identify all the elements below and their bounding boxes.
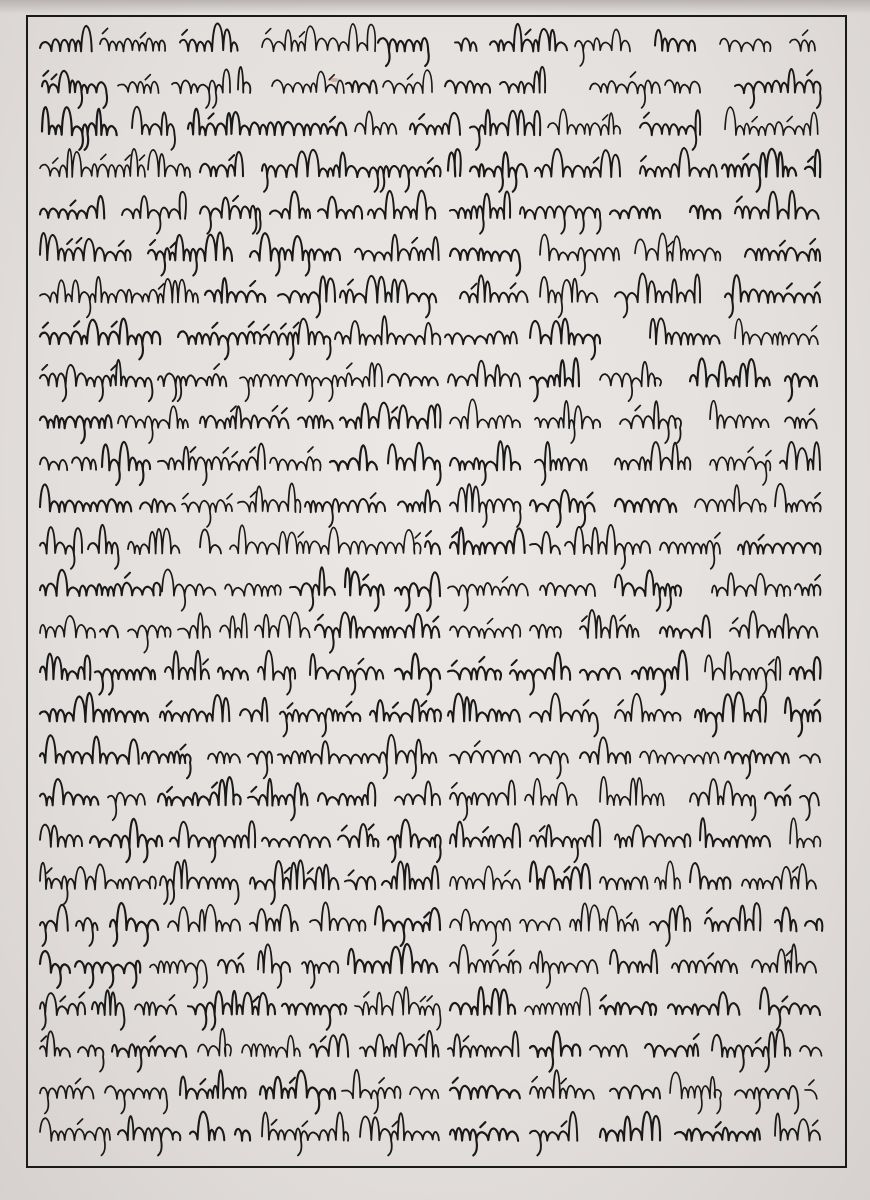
handwritten-word: [615, 570, 681, 610]
handwritten-word: [278, 276, 335, 317]
handwritten-word: [610, 950, 657, 973]
handwritten-word: [270, 447, 321, 470]
handwritten-word: [40, 1031, 70, 1057]
handwritten-word: [272, 71, 344, 93]
handwritten-word: [690, 863, 730, 889]
handwritten-word: [318, 783, 375, 806]
handwritten-word: [742, 864, 816, 889]
handwritten-word: [760, 988, 820, 1030]
handwritten-word: [262, 150, 441, 192]
handwritten-word: [340, 276, 436, 318]
handwritten-word: [535, 442, 586, 485]
handwritten-word: [220, 613, 247, 637]
handwritten-word: [650, 906, 690, 946]
handwritten-word: [752, 944, 816, 972]
handwritten-word: [382, 861, 438, 889]
handwritten-word: [590, 72, 660, 108]
handwritten-word: [182, 494, 232, 527]
handwritten-word: [600, 777, 664, 806]
handwritten-word: [262, 319, 331, 360]
handwritten-word: [340, 403, 440, 429]
handwritten-word: [40, 277, 198, 318]
handwritten-word: [40, 233, 131, 261]
handwritten-word: [122, 192, 186, 234]
handwritten-word: [710, 401, 769, 429]
handwritten-word: [270, 191, 310, 218]
handwritten-word: [200, 152, 243, 177]
handwritten-word: [668, 992, 739, 1015]
handwritten-word: [40, 905, 68, 946]
handwritten-word: [40, 360, 152, 401]
handwritten-word: [360, 1113, 439, 1155]
handwritten-word: [225, 584, 281, 596]
handwritten-word: [160, 860, 239, 904]
handwritten-word: [95, 668, 155, 695]
handwritten-word: [388, 820, 441, 862]
handwritten-word: [450, 1122, 518, 1155]
handwritten-word: [168, 905, 240, 932]
handwritten-word: [450, 484, 521, 527]
handwritten-word: [765, 785, 790, 805]
handwritten-word: [40, 654, 90, 680]
handwritten-word: [530, 1112, 577, 1156]
handwritten-word: [40, 1079, 94, 1114]
handwritten-word: [240, 363, 382, 401]
handwritten-word: [310, 654, 383, 694]
handwritten-word: [112, 1036, 186, 1071]
handwritten-word: [530, 1070, 594, 1099]
handwritten-word: [40, 415, 112, 443]
handwritten-word: [318, 197, 362, 219]
handwritten-word: [198, 1029, 231, 1057]
handwritten-word: [705, 652, 780, 694]
handwritten-word: [40, 825, 82, 847]
handwritten-word: [780, 442, 820, 470]
handwritten-word: [235, 1129, 250, 1141]
handwritten-word: [110, 903, 158, 946]
handwritten-word: [278, 735, 436, 778]
handwritten-word: [730, 611, 817, 638]
handwritten-word: [188, 109, 346, 136]
handwritten-word: [450, 619, 520, 638]
handwritten-word: [262, 24, 375, 51]
handwritten-word: [388, 374, 438, 386]
handwritten-word: [610, 1086, 660, 1099]
handwritten-word: [92, 990, 124, 1030]
handwritten-word: [355, 987, 441, 1030]
handwritten-word: [118, 406, 188, 443]
handwritten-word: [600, 1112, 660, 1141]
handwritten-word: [795, 575, 820, 596]
handwritten-word: [160, 695, 229, 722]
handwritten-word: [370, 699, 441, 721]
handwritten-word: [395, 654, 440, 695]
handwritten-word: [805, 919, 822, 931]
handwritten-word: [342, 1070, 401, 1114]
handwritten-word: [290, 567, 335, 610]
handwritten-word: [248, 779, 308, 820]
handwritten-word: [645, 1034, 699, 1057]
handwritten-word: [118, 75, 159, 93]
handwritten-word: [180, 23, 238, 51]
handwritten-text-block: [0, 0, 870, 1200]
handwritten-word: [690, 779, 756, 820]
handwritten-word: [250, 860, 338, 904]
handwritten-word: [218, 953, 243, 973]
handwritten-word: [448, 694, 520, 722]
handwritten-word: [338, 824, 378, 847]
handwritten-word: [208, 752, 240, 763]
handwritten-word: [410, 1087, 438, 1099]
handwritten-word: [712, 1030, 790, 1072]
handwritten-word: [158, 444, 265, 485]
handwritten-word: [775, 907, 796, 931]
handwritten-word: [448, 361, 520, 387]
handwritten-word: [345, 568, 384, 610]
handwritten-word: [640, 750, 719, 763]
handwritten-word: [600, 876, 647, 889]
handwritten-word: [725, 275, 820, 317]
handwritten-word: [615, 825, 690, 847]
handwritten-word: [535, 401, 600, 443]
handwritten-word: [635, 233, 720, 261]
handwritten-word: [575, 29, 630, 66]
handwritten-word: [335, 316, 440, 345]
handwritten-word: [240, 698, 267, 722]
handwritten-word: [158, 777, 241, 806]
handwritten-word: [40, 527, 82, 569]
handwritten-word: [530, 862, 590, 890]
handwritten-word: [565, 525, 650, 569]
handwritten-word: [540, 583, 595, 596]
handwritten-word: [395, 572, 440, 610]
handwritten-word: [75, 961, 140, 988]
handwritten-word: [302, 961, 338, 988]
handwritten-word: [346, 80, 377, 93]
handwritten-word: [790, 657, 820, 680]
handwritten-word: [615, 694, 680, 722]
handwritten-word: [242, 1036, 300, 1058]
handwritten-word: [530, 1031, 580, 1071]
handwritten-word: [800, 1046, 822, 1056]
handwritten-word: [135, 995, 176, 1015]
handwritten-word: [315, 612, 439, 652]
handwritten-word: [540, 235, 619, 276]
handwritten-word: [530, 751, 568, 778]
handwritten-word: [218, 667, 248, 679]
handwritten-word: [445, 81, 490, 94]
handwritten-word: [425, 531, 440, 554]
handwritten-word: [142, 745, 191, 779]
handwritten-word: [448, 149, 461, 176]
handwritten-word: [520, 206, 601, 234]
handwritten-word: [615, 442, 690, 470]
handwritten-word: [78, 1045, 104, 1071]
handwritten-word: [100, 626, 118, 638]
handwritten-word: [800, 754, 820, 763]
handwritten-word: [348, 944, 437, 973]
handwritten-word: [298, 416, 333, 429]
handwritten-word: [530, 693, 598, 736]
handwritten-word: [775, 1113, 820, 1140]
handwritten-word: [712, 573, 790, 596]
handwritten-word: [378, 38, 429, 66]
handwritten-word: [128, 529, 179, 555]
handwritten-word: [580, 737, 630, 764]
handwritten-word: [140, 499, 175, 512]
handwritten-word: [258, 944, 290, 988]
handwritten-word: [40, 863, 156, 904]
handwritten-word: [530, 951, 598, 988]
handwritten-word: [675, 1122, 760, 1141]
handwritten-word: [40, 319, 160, 360]
handwritten-word: [40, 779, 98, 805]
handwritten-word: [280, 702, 360, 737]
handwritten-word: [42, 71, 107, 108]
handwritten-word: [40, 457, 67, 470]
handwritten-word: [530, 490, 595, 527]
handwritten-word: [530, 625, 561, 638]
handwritten-word: [148, 150, 190, 177]
handwritten-word: [785, 698, 820, 737]
handwritten-word: [450, 822, 520, 848]
handwritten-word: [162, 569, 215, 610]
handwritten-word: [258, 651, 295, 695]
handwritten-word: [450, 866, 520, 889]
handwritten-word: [40, 951, 70, 988]
handwritten-word: [248, 751, 272, 778]
handwritten-word: [172, 69, 230, 108]
handwritten-word: [360, 1031, 438, 1057]
handwritten-word: [650, 318, 720, 344]
handwritten-word: [600, 362, 661, 401]
handwritten-word: [490, 24, 567, 52]
handwritten-word: [470, 110, 540, 150]
handwritten-word: [200, 529, 221, 553]
handwritten-word: [695, 692, 766, 736]
handwritten-word: [455, 38, 477, 51]
handwritten-word: [670, 1072, 721, 1113]
handwritten-word: [90, 819, 162, 862]
handwritten-word: [525, 988, 590, 1015]
handwritten-word: [695, 485, 766, 512]
handwritten-word: [785, 409, 817, 428]
handwritten-word: [600, 995, 656, 1015]
handwritten-word: [165, 651, 209, 680]
handwritten-word: [530, 358, 579, 401]
handwritten-word: [40, 1118, 110, 1155]
handwritten-word: [260, 1071, 335, 1114]
handwritten-word: [230, 525, 421, 554]
handwritten-word: [580, 610, 639, 638]
handwritten-word: [785, 374, 817, 402]
handwritten-word: [590, 1045, 627, 1057]
handwritten-word: [355, 111, 396, 134]
handwritten-word: [570, 903, 638, 931]
handwritten-word: [76, 918, 98, 946]
handwritten-word: [250, 233, 340, 275]
handwritten-word: [632, 651, 687, 695]
handwritten-word: [375, 906, 440, 946]
handwritten-word: [735, 69, 821, 108]
handwritten-word: [128, 626, 171, 653]
handwritten-word: [250, 905, 298, 931]
handwritten-word: [735, 319, 818, 345]
handwritten-word: [710, 447, 771, 485]
handwritten-word: [800, 793, 819, 820]
handwritten-word: [40, 735, 139, 763]
handwritten-word: [262, 835, 330, 848]
handwritten-word: [105, 1086, 167, 1113]
handwritten-word: [188, 991, 275, 1030]
handwritten-word: [255, 612, 310, 637]
handwritten-word: [205, 278, 265, 303]
handwritten-word: [690, 206, 720, 219]
handwritten-word: [40, 570, 160, 596]
handwritten-word: [445, 331, 517, 344]
handwritten-word: [460, 275, 528, 302]
handwritten-word: [305, 493, 385, 527]
handwritten-word: [388, 443, 441, 485]
handwritten-word: [330, 445, 377, 470]
handwritten-word: [383, 70, 432, 93]
handwritten-word: [530, 319, 600, 360]
handwritten-word: [40, 149, 145, 177]
handwritten-word: [40, 693, 148, 722]
handwritten-word: [510, 653, 570, 695]
handwritten-word: [238, 67, 250, 93]
handwritten-word: [40, 196, 104, 219]
handwritten-word: [200, 406, 289, 429]
handwritten-word: [310, 902, 365, 931]
handwritten-word: [132, 107, 175, 150]
handwritten-word: [722, 149, 796, 192]
handwritten-word: [262, 1112, 348, 1155]
handwritten-word: [775, 484, 821, 512]
handwritten-word: [200, 196, 261, 234]
handwritten-word: [450, 781, 515, 821]
handwritten-word: [655, 861, 680, 889]
handwritten-word: [745, 239, 820, 261]
handwritten-word: [660, 615, 710, 638]
handwritten-word: [72, 457, 96, 470]
handwritten-word: [395, 781, 440, 805]
handwritten-word: [148, 232, 232, 275]
handwritten-word: [790, 30, 815, 51]
handwritten-word: [725, 107, 818, 135]
handwritten-word: [178, 613, 210, 638]
handwritten-word: [190, 1112, 224, 1141]
handwritten-word: [40, 26, 92, 51]
handwritten-word: [450, 1078, 520, 1099]
handwritten-word: [805, 1080, 817, 1099]
handwritten-word: [100, 28, 165, 51]
handwritten-word: [102, 442, 150, 485]
handwritten-word: [530, 532, 560, 554]
handwritten-word: [282, 1003, 346, 1029]
handwritten-word: [40, 616, 95, 638]
handwritten-word: [540, 277, 597, 317]
handwritten-word: [525, 779, 577, 806]
handwritten-word: [42, 107, 117, 150]
handwritten-word: [805, 150, 820, 177]
handwritten-word: [738, 535, 820, 554]
handwritten-word: [470, 152, 527, 191]
handwritten-word: [450, 987, 515, 1015]
handwritten-word: [690, 358, 770, 386]
handwritten-word: [450, 945, 521, 973]
handwritten-word: [640, 148, 717, 177]
handwritten-word: [735, 191, 819, 219]
handwritten-word: [40, 484, 131, 512]
handwritten-word: [725, 750, 789, 778]
handwritten-word: [170, 821, 255, 862]
handwritten-word: [108, 793, 145, 821]
handwritten-word: [640, 110, 700, 150]
handwritten-word: [448, 577, 528, 611]
handwritten-word: [700, 818, 770, 847]
handwritten-word: [450, 741, 520, 763]
handwritten-word: [735, 1086, 798, 1114]
handwritten-word: [660, 533, 720, 569]
handwritten-word: [665, 80, 700, 93]
handwritten-word: [150, 960, 207, 988]
handwritten-word: [178, 322, 261, 360]
handwritten-word: [450, 399, 520, 428]
handwritten-word: [548, 109, 620, 135]
handwritten-word: [238, 483, 300, 512]
handwritten-word: [620, 401, 681, 443]
handwritten-word: [118, 1116, 180, 1155]
handwritten-word: [655, 30, 695, 51]
handwritten-word: [672, 953, 737, 973]
handwritten-word: [368, 191, 435, 219]
handwritten-word: [355, 235, 439, 261]
handwritten-word: [450, 441, 520, 485]
handwritten-word: [88, 525, 119, 569]
handwritten-word: [450, 191, 510, 233]
handwritten-word: [610, 207, 660, 219]
handwritten-word: [448, 657, 501, 680]
handwritten-word: [705, 903, 760, 931]
handwritten-word: [615, 273, 700, 317]
handwritten-word: [448, 1031, 518, 1057]
handwritten-word: [720, 39, 771, 52]
handwritten-word: [500, 67, 545, 93]
handwritten-word: [520, 918, 560, 931]
handwritten-word: [615, 499, 676, 512]
handwritten-word: [450, 528, 525, 555]
handwritten-word: [398, 490, 440, 512]
handwritten-word: [535, 149, 620, 177]
handwritten-word: [580, 668, 620, 680]
handwritten-word: [40, 992, 85, 1029]
handwritten-word: [530, 820, 600, 863]
handwritten-word: [345, 870, 375, 889]
handwritten-word: [310, 1034, 348, 1057]
handwritten-word: [180, 1070, 246, 1099]
handwritten-word: [790, 818, 820, 847]
handwritten-word: [410, 113, 460, 135]
handwritten-word: [158, 364, 226, 401]
handwritten-word: [450, 248, 520, 275]
handwritten-word: [450, 909, 510, 946]
